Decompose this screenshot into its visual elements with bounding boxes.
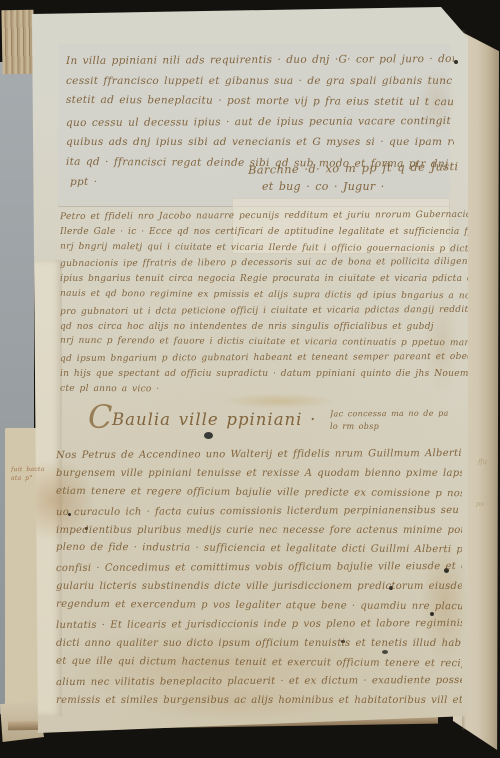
manuscript-line: cessit ffrancisco luppeti et gibanus sua…: [66, 71, 454, 92]
heading-initial-flourish: C: [88, 398, 112, 436]
text-block-top: In villa ppiniani nili ads requirentis ·…: [66, 50, 454, 174]
manuscript-line: uo curaculo ich · facta cuius comissioni…: [56, 502, 462, 523]
edge-fragment: ps: [476, 500, 484, 508]
text-block-bottom: Nos Petrus de Accendineo uno Walterij et…: [56, 446, 462, 710]
section-heading: Baulia ville ppiniani ·: [112, 410, 316, 429]
manuscript-line: et que ille qui dictum hactenus tenuit e…: [56, 653, 462, 674]
manuscript-line: gulariu licteris substinendis dicte vill…: [56, 578, 462, 597]
margin-annotation-line: ata p°: [11, 474, 59, 483]
ink-blot: [204, 432, 213, 439]
side-annotation: Jac concessa ma no de palo rm obsp: [330, 407, 460, 433]
edge-fragment: ffa: [478, 458, 488, 466]
manuscript-line: in hijs que spectant ad officiu supradic…: [60, 367, 468, 383]
margin-annotation: fuit bactaata p°: [11, 465, 59, 483]
page-edge-stack: [1, 10, 34, 75]
manuscript-line: Nos Petrus de Accendineo uno Walterij et…: [56, 446, 462, 466]
text-block-middle: Petro et ffideli nro Jacobo nauarre pecu…: [60, 209, 468, 399]
ink-spot: [454, 60, 458, 64]
manuscript-line: regendum et exercendum p vos legaliter a…: [56, 596, 462, 617]
manuscript-line: dicti anno qualiter suo dicto ipsum offi…: [56, 635, 462, 654]
manuscript-line: burgensem ville ppiniani tenuisse et rex…: [56, 465, 462, 484]
short-word: ppt ·: [70, 176, 97, 188]
side-annotation-line: Jac concessa ma no de pa: [330, 407, 460, 420]
manuscript-line: luntatis · Et licearis et jurisdiccionis…: [56, 615, 462, 636]
manuscript-photo: ffa ps fuit bactaata p° In villa ppinian…: [0, 0, 500, 758]
manuscript-line: confisi · Concedimus et comittimus vobis…: [56, 558, 462, 579]
manuscript-line: remissis et similes burgensibus ac alijs…: [56, 692, 462, 711]
manuscript-line: quibus ads dnj ipius sibi ad venecianis …: [66, 132, 454, 153]
manuscript-line: alium nec vilitatis beneplacito placueri…: [56, 672, 462, 693]
manuscript-line: cte pl anno a vico ·: [60, 382, 468, 399]
side-annotation-line: lo rm obsp: [330, 420, 460, 433]
manuscript-line: gubnacionis ipe ffratris de libero p dec…: [60, 255, 468, 273]
margin-annotation-line: fuit bacta: [11, 465, 59, 474]
manuscript-line: qd ipsum bngarium p dicto gubnatori habe…: [60, 350, 468, 368]
manuscript-line: Ilerde Gale · ic · Ecce qd nos certifica…: [60, 225, 468, 241]
manuscript-line: stetit ad eius beneplacitu · post morte …: [66, 90, 454, 113]
manuscript-line: qd nos circa hoc alijs no intendentes de…: [60, 320, 468, 336]
closing-line: et bug · co · Jugur ·: [262, 180, 385, 193]
manuscript-line: impedientibus pluribus medijs curie nec …: [56, 522, 462, 541]
manuscript-line: Petro et ffideli nro Jacobo nauarre pecu…: [60, 209, 468, 226]
manuscript-line: etiam tenere et regere officium bajulie …: [56, 483, 462, 504]
manuscript-line: In villa ppiniani nili ads requirentis ·…: [66, 50, 454, 72]
manuscript-line: quo cessu ul decessu ipius · aut de ipiu…: [66, 111, 454, 134]
manuscript-line: pro gubnatori ut i dcta peticione offici…: [60, 303, 468, 321]
manuscript-page: In villa ppiniani nili ads requirentis ·…: [24, 6, 472, 738]
manuscript-line: ipius bngarius tenuit circa negocia Regi…: [60, 272, 468, 288]
